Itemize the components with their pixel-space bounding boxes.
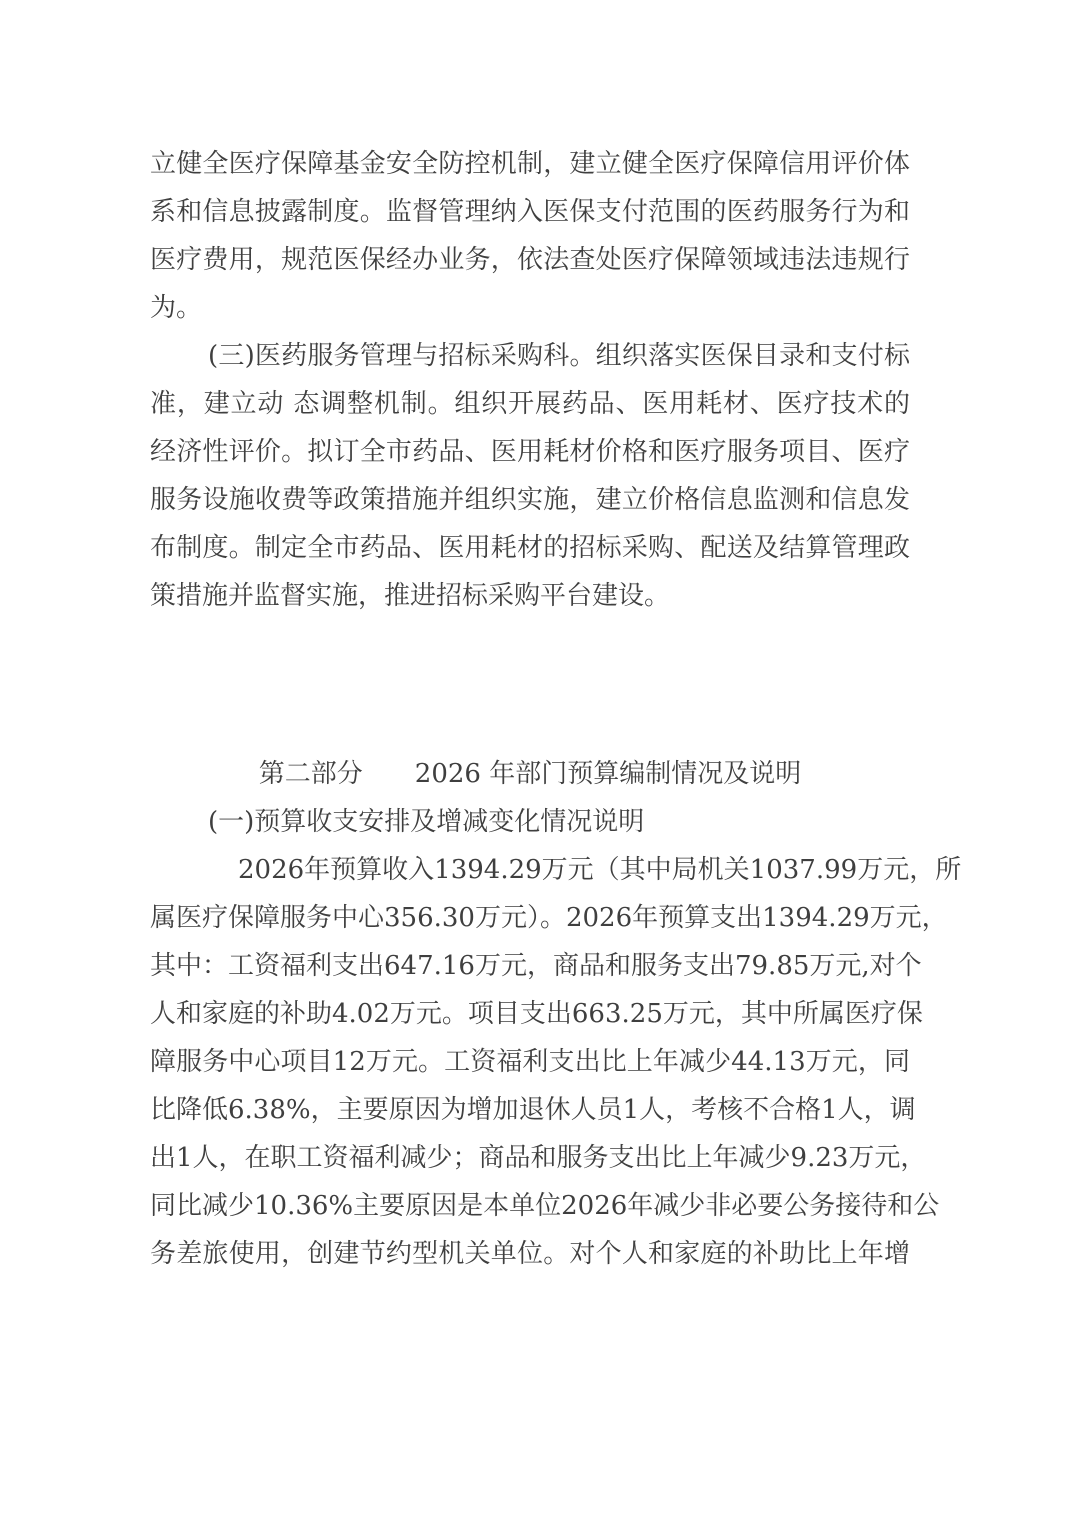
subsection-heading: (一)预算收支安排及增减变化情况说明 bbox=[150, 798, 910, 846]
paragraph-3-line: 2026年预算收入1394.29万元（其中局机关1037.99万元，所 bbox=[150, 846, 910, 894]
paragraph-2-line: 准，建立动 态调整机制。组织开展药品、医用耗材、医疗技术的 bbox=[150, 380, 910, 428]
paragraph-3-line: 属医疗保障服务中心356.30万元）。2026年预算支出1394.29万元， bbox=[150, 894, 910, 942]
paragraph-3-line: 同比减少10.36%主要原因是本单位2026年减少非必要公务接待和公 bbox=[150, 1182, 910, 1230]
paragraph-3-line: 障服务中心项目12万元。工资福利支出比上年减少44.13万元，同 bbox=[150, 1038, 910, 1086]
paragraph-2-line: (三)医药服务管理与招标采购科。组织落实医保目录和支付标 bbox=[150, 332, 910, 380]
paragraph-3-line: 出1人，在职工资福利减少；商品和服务支出比上年减少9.23万元， bbox=[150, 1134, 910, 1182]
paragraph-1-line: 立健全医疗保障基金安全防控机制，建立健全医疗保障信用评价体 bbox=[150, 140, 910, 188]
paragraph-1-line: 系和信息披露制度。监督管理纳入医保支付范围的医药服务行为和 bbox=[150, 188, 910, 236]
paragraph-1-line: 医疗费用，规范医保经办业务，依法查处医疗保障领域违法违规行 bbox=[150, 236, 910, 284]
document-content: 立健全医疗保障基金安全防控机制，建立健全医疗保障信用评价体 系和信息披露制度。监… bbox=[150, 140, 910, 1278]
paragraph-1-line: 为。 bbox=[150, 284, 910, 332]
paragraph-3-line: 务差旅使用，创建节约型机关单位。对个人和家庭的补助比上年增 bbox=[150, 1230, 910, 1278]
paragraph-3-line: 比降低6.38%，主要原因为增加退休人员1人，考核不合格1人，调 bbox=[150, 1086, 910, 1134]
paragraph-3-line: 人和家庭的补助4.02万元。项目支出663.25万元，其中所属医疗保 bbox=[150, 990, 910, 1038]
document-page: 立健全医疗保障基金安全防控机制，建立健全医疗保障信用评价体 系和信息披露制度。监… bbox=[0, 0, 1069, 1520]
section-heading: 第二部分 2026 年部门预算编制情况及说明 bbox=[150, 750, 910, 798]
paragraph-2-line: 服务设施收费等政策措施并组织实施，建立价格信息监测和信息发 bbox=[150, 476, 910, 524]
paragraph-3-line: 其中：工资福利支出647.16万元，商品和服务支出79.85万元,对个 bbox=[150, 942, 910, 990]
paragraph-2-line: 经济性评价。拟订全市药品、医用耗材价格和医疗服务项目、医疗 bbox=[150, 428, 910, 476]
paragraph-2-line: 布制度。制定全市药品、医用耗材的招标采购、配送及结算管理政 bbox=[150, 524, 910, 572]
paragraph-2-line: 策措施并监督实施，推进招标采购平台建设。 bbox=[150, 572, 910, 620]
